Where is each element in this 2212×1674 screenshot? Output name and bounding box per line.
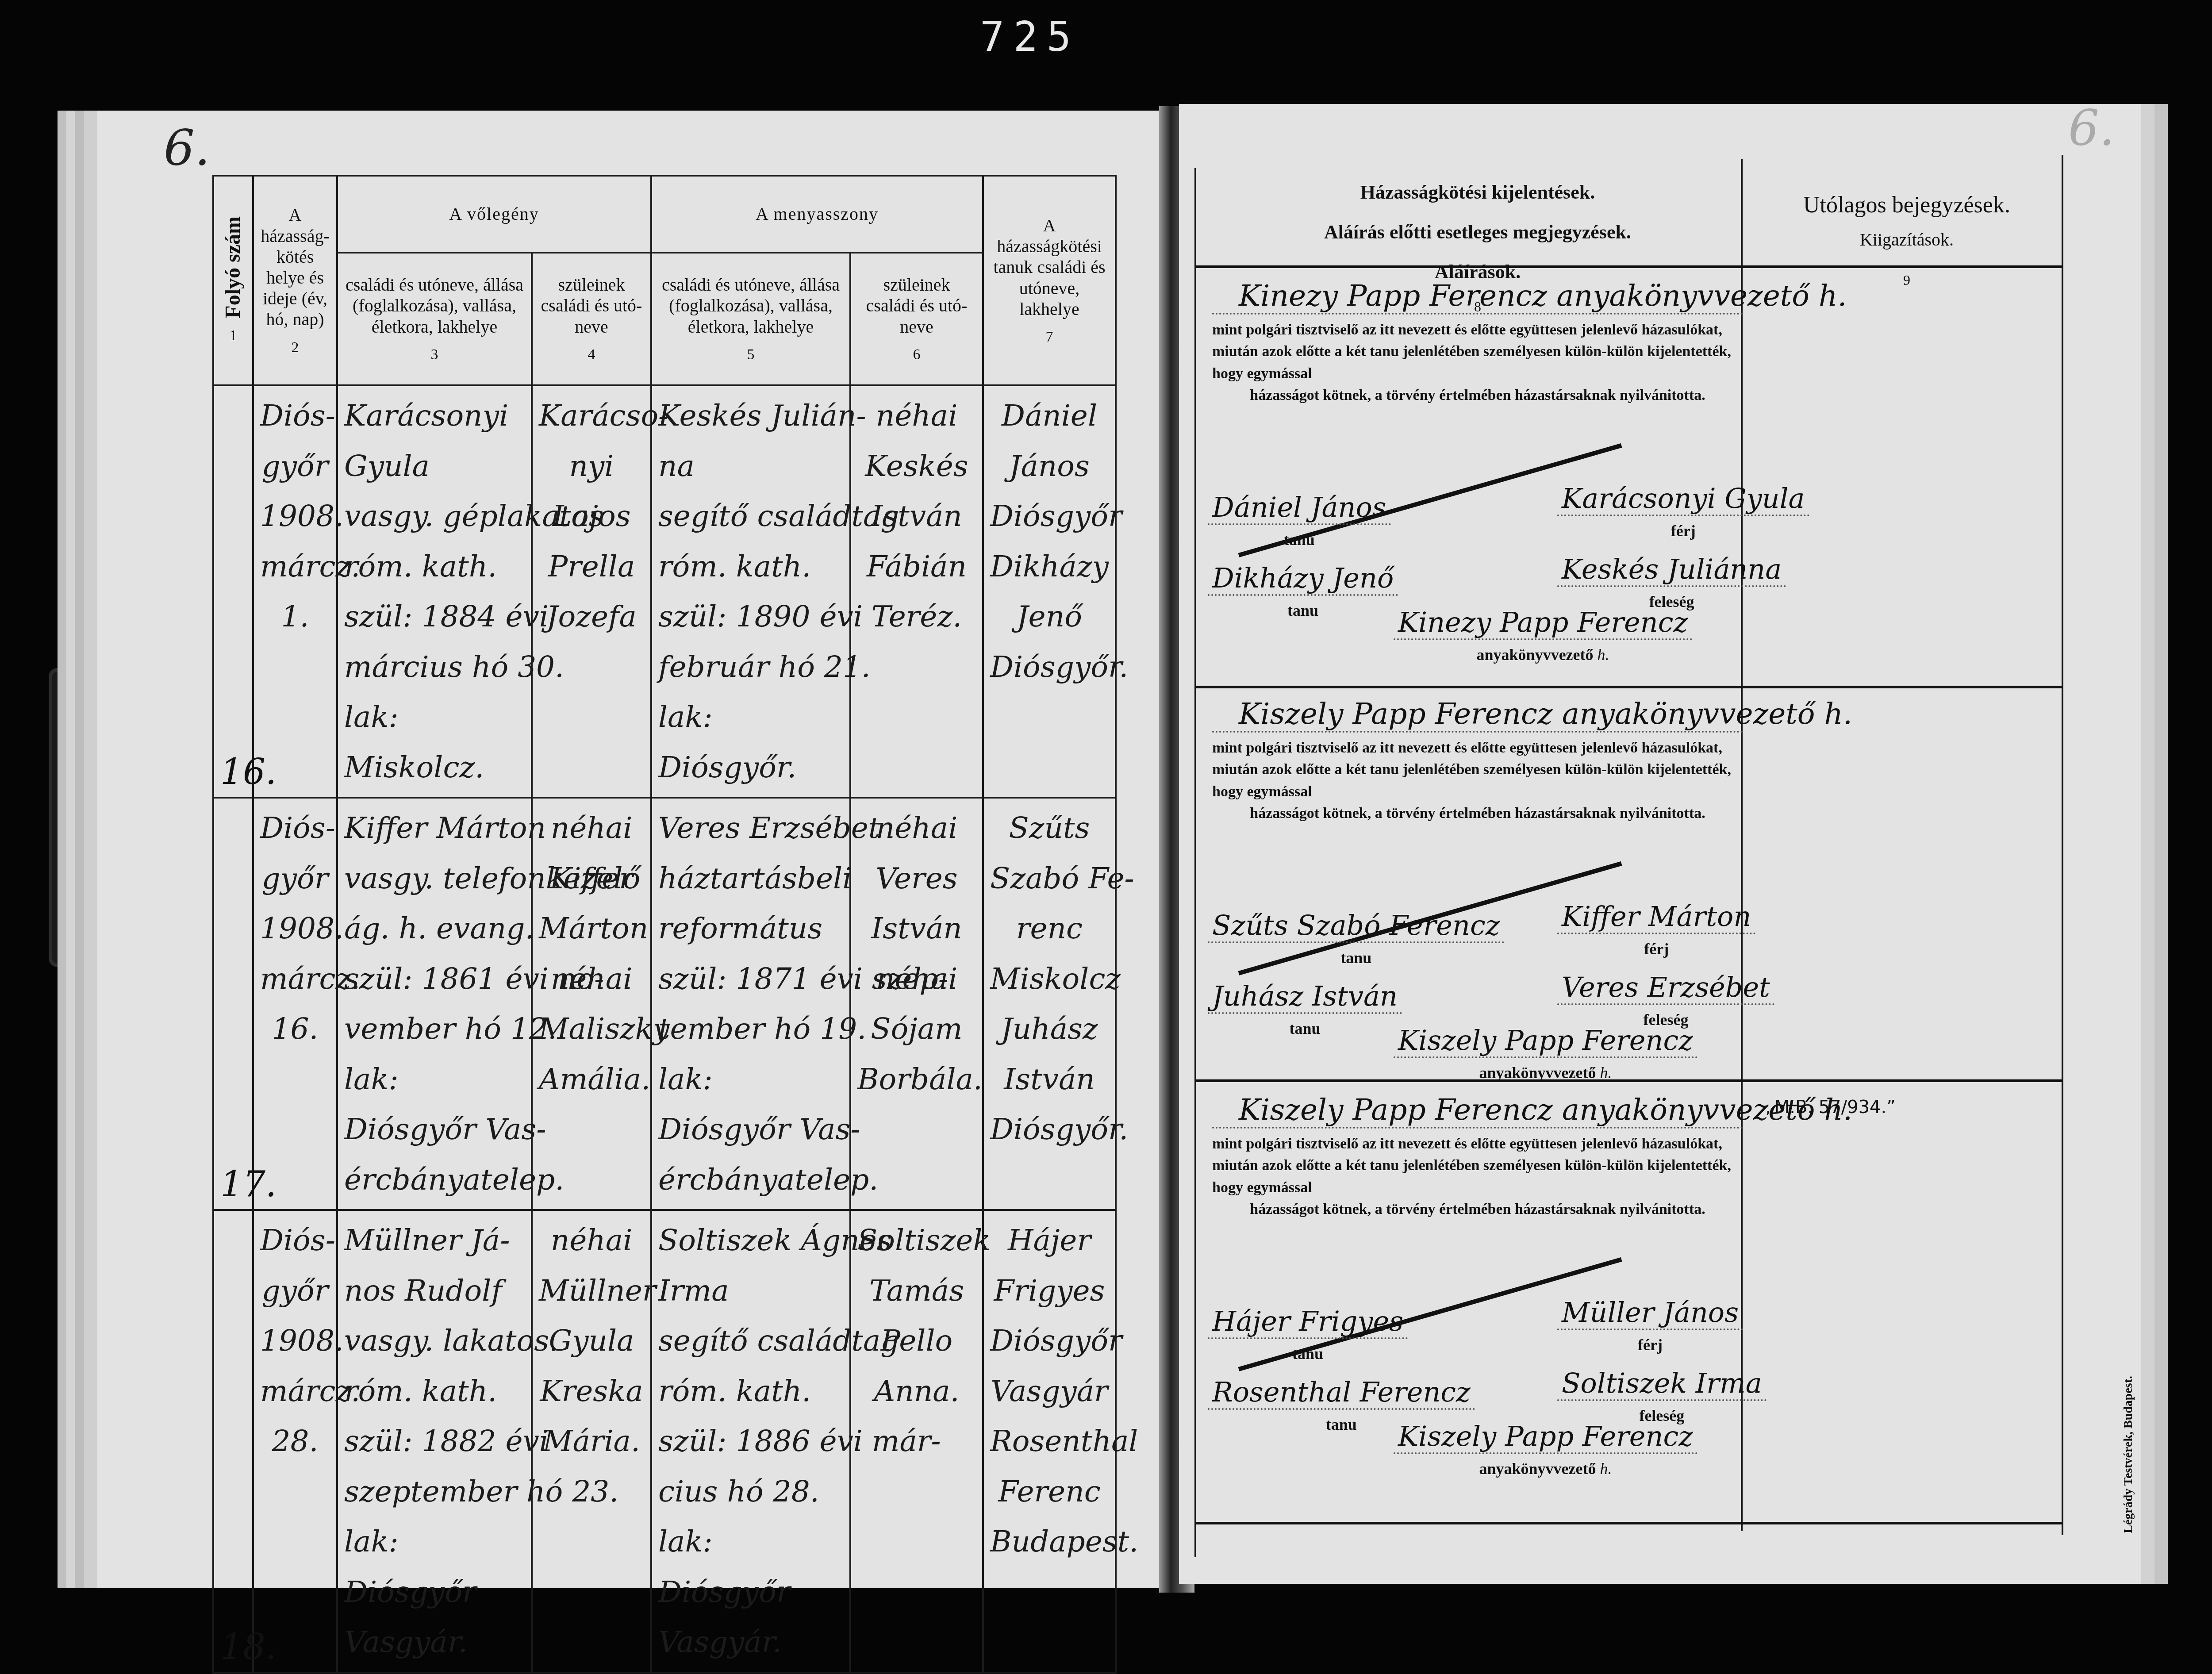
place-date-line: 28. — [260, 1416, 330, 1467]
groom-parents-line: Karácso- — [539, 391, 644, 441]
bride-details-line: segítő családtag — [658, 491, 843, 541]
groom-details-line: Diósgyőr — [344, 1567, 525, 1617]
witnesses-line: Dániel — [990, 391, 1109, 441]
witness-signature-2: Juhász István tanu — [1208, 980, 1402, 1038]
groom-parents-line: Jozefa — [539, 591, 644, 642]
bride-details: Soltiszek ÁgnesIrmasegítő családtagróm. … — [651, 1210, 850, 1673]
groom-parents-line: Gyula — [539, 1316, 644, 1366]
groom-details-line: Müllner Já- — [344, 1215, 525, 1266]
header-groom-parents: szüleinek családi és utó-neve4 — [532, 253, 651, 385]
witnesses-line: Diósgyőr. — [990, 1104, 1109, 1155]
witnesses-line: Miskolcz — [990, 954, 1109, 1004]
place-date-line: 1. — [260, 591, 330, 642]
witnesses-line: renc — [990, 903, 1109, 954]
header-serial-number: Folyó szám1 — [213, 176, 253, 385]
groom-details-line: szül: 1861 évi no- — [344, 954, 525, 1004]
groom-details-line: Gyula — [344, 441, 525, 491]
bride-parents-line: Sójam — [857, 1004, 976, 1054]
bride-details-line: cius hó 28. — [658, 1467, 843, 1517]
column-border — [2062, 155, 2063, 1535]
wife-signature: Soltiszek Irma feleség — [1557, 1367, 1767, 1425]
groom-details-line: vasgy. lakatos. — [344, 1316, 525, 1366]
groom-details-line: ércbányatelep. — [344, 1155, 525, 1205]
witnesses-line: Frigyes — [990, 1266, 1109, 1316]
groom-details-line: Kiffer Márton — [344, 803, 525, 853]
bride-details-line: lak: — [658, 692, 843, 742]
wife-signature: Keskés Juliánna feleség — [1557, 553, 1786, 611]
registrar-signature: Kiszely Papp Ferencz anyakönyvvezető h. — [1394, 1420, 1697, 1478]
bride-details-line: február hó 21. — [658, 642, 843, 692]
groom-details: Müllner Já-nos Rudolfvasgy. lakatos.róm.… — [337, 1210, 532, 1673]
bride-details-line: na — [658, 441, 843, 491]
place-date-line: Diós- — [260, 803, 330, 853]
groom-parents-line: Prella — [539, 541, 644, 592]
header-later-entries: Utólagos bejegyzések. Kiigazítások. 9 — [1747, 186, 2066, 292]
place-date-line: Diós- — [260, 391, 330, 441]
husband-signature: Müller János férj — [1557, 1296, 1743, 1354]
groom-parents-line: Lajos — [539, 491, 644, 541]
groom-details: KarácsonyiGyulavasgy. géplakatosróm. kat… — [337, 385, 532, 798]
bride-details-line: Vasgyár. — [658, 1617, 843, 1667]
groom-parents-line: Kiffer — [539, 853, 644, 904]
microfilm-frame-number: 725 — [980, 13, 1080, 61]
groom-parents: néhaiMüllnerGyulaKreskaMária. — [532, 1210, 651, 1673]
place-date-line: 1908. — [260, 1316, 330, 1366]
place-date-line: 1908. — [260, 903, 330, 954]
groom-parents-line: néhai — [539, 1215, 644, 1266]
witnesses-line: János — [990, 441, 1109, 491]
witnesses-line: Diósgyőr — [990, 491, 1109, 541]
groom-details-line: vember hó 12. — [344, 1004, 525, 1054]
bride-parents-line: Tamás — [857, 1266, 976, 1316]
groom-details-line: nos Rudolf — [344, 1266, 525, 1316]
groom-details-line: szül: 1884 évi — [344, 591, 525, 642]
bride-parents-line: Veres — [857, 853, 976, 904]
header-bride-details: családi és utóneve, állása (foglalkozása… — [651, 253, 850, 385]
bride-parents-line: István — [857, 491, 976, 541]
groom-parents-line: Márton — [539, 903, 644, 954]
entry-number: 17. — [220, 1163, 276, 1205]
register-entry: 17.Diós-győr1908.márcz.16.Kiffer Mártonv… — [213, 798, 1116, 1210]
bride-parents: néhaiKeskésIstvánFábiánTeréz. — [850, 385, 983, 798]
bride-details-line: szül: 1871 évi szep- — [658, 954, 843, 1004]
place-date: Diós-győr1908.márcz.1. — [253, 385, 337, 798]
place-date-line: győr — [260, 853, 330, 904]
place-date: Diós-győr1908.márcz.28. — [253, 1210, 337, 1673]
witnesses-line: István — [990, 1054, 1109, 1105]
bride-details-line: róm. kath. — [658, 541, 843, 592]
husband-signature: Kiffer Márton férj — [1557, 900, 1755, 958]
witnesses: HájerFrigyesDiósgyőrVasgyárRosenthalFere… — [983, 1210, 1116, 1673]
groom-details-line: róm. kath. — [344, 541, 525, 592]
bride-details: Veres Erzsébetháztartásbelireformátusszü… — [651, 798, 850, 1210]
groom-details-line: vasgy. telefonkezelő — [344, 853, 525, 904]
declaration-text: mint polgári tisztviselő az itt nevezett… — [1212, 319, 1743, 406]
groom-parents-line: nyi — [539, 441, 644, 491]
bride-parents-line: Teréz. — [857, 591, 976, 642]
entry-number: 18. — [220, 1626, 276, 1667]
groom-details-line: szül: 1882 évi — [344, 1416, 525, 1467]
groom-details-line: róm. kath. — [344, 1366, 525, 1417]
witnesses-line: Jenő — [990, 591, 1109, 642]
bride-details-line: Diósgyőr — [658, 1567, 843, 1617]
place-date-line: Diós- — [260, 1215, 330, 1266]
declaration-text: mint polgári tisztviselő az itt nevezett… — [1212, 1133, 1743, 1220]
groom-parents: Karácso-nyiLajosPrellaJozefa — [532, 385, 651, 798]
bride-parents-line: Fábián — [857, 541, 976, 592]
header-witnesses: A házasságkötési tanuk családi és utónev… — [983, 176, 1116, 385]
row-rule — [1194, 686, 2062, 688]
witness-signature-2: Dikházy Jenő tanu — [1208, 562, 1398, 620]
marriage-declaration: Kiszely Papp Ferencz anyakönyvvezető h. … — [1212, 1093, 1743, 1220]
bride-details-line: Diósgyőr Vas- — [658, 1104, 843, 1155]
bride-details-line: ércbányatelep. — [658, 1155, 843, 1205]
officer-signature: Kiszely Papp Ferencz anyakönyvvezető h. — [1212, 1093, 1743, 1129]
bride-details-line: segítő családtag — [658, 1316, 843, 1366]
bride-details-line: lak: — [658, 1517, 843, 1567]
place-date-line: 16. — [260, 1004, 330, 1054]
groom-details-line: március hó 30. — [344, 642, 525, 692]
place-date-line: márcz. — [260, 541, 330, 592]
bride-details-line: Veres Erzsébet — [658, 803, 843, 853]
bride-details-line: háztartásbeli — [658, 853, 843, 904]
header-place-date: A házasság-kötés helye és ideje (év, hó,… — [253, 176, 337, 385]
bride-parents-line: Soltiszek — [857, 1215, 976, 1266]
bride-details-line: szül: 1890 évi — [658, 591, 843, 642]
bride-details-line: tember hó 19. — [658, 1004, 843, 1054]
bride-parents-line: Borbála. — [857, 1054, 976, 1105]
declaration-text: mint polgári tisztviselő az itt nevezett… — [1212, 737, 1743, 824]
bride-details-line: Irma — [658, 1266, 843, 1316]
entry-number-cell: 16. — [213, 385, 253, 798]
later-entry-note: „M.B. 57/934.” — [1765, 1097, 1896, 1117]
groom-parents-line: Kreska — [539, 1366, 644, 1417]
witness-signature-1: Hájer Frigyes tanu — [1208, 1305, 1408, 1363]
header-bride: A menyasszony — [651, 176, 983, 253]
entry-number-cell: 17. — [213, 798, 253, 1210]
officer-signature: Kiszely Papp Ferencz anyakönyvvezető h. — [1212, 697, 1743, 733]
witnesses-line: Szabó Fe- — [990, 853, 1109, 904]
groom-details-line: lak: — [344, 692, 525, 742]
witnesses-line: Hájer — [990, 1215, 1109, 1266]
witnesses: SzűtsSzabó Fe-rencMiskolczJuhászIstvánDi… — [983, 798, 1116, 1210]
groom-parents-line: Maliszky — [539, 1004, 644, 1054]
groom-parents-line: néhai — [539, 954, 644, 1004]
witnesses-line: Budapest. — [990, 1517, 1109, 1567]
row-rule — [1194, 1522, 2062, 1524]
witness-signature-1: Dániel János tanu — [1208, 491, 1391, 549]
groom-details-line: Vasgyár. — [344, 1617, 525, 1667]
bride-parents-line: néhai — [857, 391, 976, 441]
place-date: Diós-győr1908.márcz.16. — [253, 798, 337, 1210]
witnesses: DánielJánosDiósgyőrDikházyJenőDiósgyőr. — [983, 385, 1116, 798]
left-page-number: 6. — [164, 119, 210, 176]
entry-number-cell: 18. — [213, 1210, 253, 1673]
entry-number: 16. — [220, 751, 276, 792]
right-page-number: 6. — [2068, 100, 2115, 156]
marriage-declaration: Kinezy Papp Ferencz anyakönyvvezető h. m… — [1212, 279, 1743, 406]
officer-signature: Kinezy Papp Ferencz anyakönyvvezető h. — [1212, 279, 1743, 315]
header-bride-parents: szüleinek családi és utó-neve6 — [850, 253, 983, 385]
witnesses-line: Rosenthal — [990, 1416, 1109, 1467]
registrar-signature: Kiszely Papp Ferencz anyakönyvvezető h. — [1394, 1024, 1697, 1082]
groom-details-line: vasgy. géplakatos — [344, 491, 525, 541]
groom-details-line: lak: — [344, 1517, 525, 1567]
groom-parents-line: Mária. — [539, 1416, 644, 1467]
witnesses-line: Juhász — [990, 1004, 1109, 1054]
groom-details-line: Miskolcz. — [344, 742, 525, 793]
place-date-line: márcz. — [260, 954, 330, 1004]
groom-parents-line: Amália. — [539, 1054, 644, 1105]
registrar-signature: Kinezy Papp Ferencz anyakönyvvezető h. — [1394, 606, 1692, 664]
witnesses-line: Ferenc — [990, 1467, 1109, 1517]
header-rule — [1194, 265, 2062, 268]
groom-details-line: ág. h. evang. — [344, 903, 525, 954]
witnesses-line: Szűts — [990, 803, 1109, 853]
column-border — [1194, 168, 1196, 1557]
groom-details-line: Karácsonyi — [344, 391, 525, 441]
bride-parents-line: Keskés — [857, 441, 976, 491]
printer-credit: Légrády Testvérek, Budapest. — [2121, 1376, 2135, 1533]
bride-parents-line: Anna. — [857, 1366, 976, 1417]
witness-signature-1: Szűts Szabó Ferencz tanu — [1208, 909, 1504, 967]
bride-parents: néhaiVeresIstvánnéhaiSójamBorbála. — [850, 798, 983, 1210]
witnesses-line: Diósgyőr. — [990, 642, 1109, 692]
header-groom-details: családi és utóneve, állása (foglalkozása… — [337, 253, 532, 385]
groom-parents-line: Müllner — [539, 1266, 644, 1316]
witnesses-line: Vasgyár — [990, 1366, 1109, 1417]
bride-details-line: református — [658, 903, 843, 954]
place-date-line: márcz. — [260, 1366, 330, 1417]
bride-details-line: Soltiszek Ágnes — [658, 1215, 843, 1266]
marriage-declaration: Kiszely Papp Ferencz anyakönyvvezető h. … — [1212, 697, 1743, 824]
place-date-line: 1908. — [260, 491, 330, 541]
bride-details-line: róm. kath. — [658, 1366, 843, 1417]
witnesses-line: Dikházy — [990, 541, 1109, 592]
place-date-line: győr — [260, 1266, 330, 1316]
register-entry: 18.Diós-győr1908.márcz.28.Müllner Já-nos… — [213, 1210, 1116, 1673]
bride-details-line: Keskés Julián- — [658, 391, 843, 441]
bride-details: Keskés Julián-nasegítő családtagróm. kat… — [651, 385, 850, 798]
groom-details-line: szeptember hó 23. — [344, 1467, 525, 1517]
groom-details-line: lak: — [344, 1054, 525, 1105]
groom-parents: néhaiKifferMártonnéhaiMaliszkyAmália. — [532, 798, 651, 1210]
register-entry: 16.Diós-győr1908.márcz.1.KarácsonyiGyula… — [213, 385, 1116, 798]
bride-parents-line: István — [857, 903, 976, 954]
bride-details-line: Diósgyőr. — [658, 742, 843, 793]
groom-details-line: Diósgyőr Vas- — [344, 1104, 525, 1155]
bride-details-line: szül: 1886 évi már- — [658, 1416, 843, 1467]
marriage-register-table: Folyó szám1 A házasság-kötés helye és id… — [212, 175, 1117, 1674]
header-groom: A vőlegény — [337, 176, 651, 253]
witnesses-line: Diósgyőr — [990, 1316, 1109, 1366]
place-date-line: győr — [260, 441, 330, 491]
groom-parents-line: néhai — [539, 803, 644, 853]
wife-signature: Veres Erzsébet feleség — [1557, 971, 1774, 1029]
bride-details-line: lak: — [658, 1054, 843, 1105]
groom-details: Kiffer Mártonvasgy. telefonkezelőág. h. … — [337, 798, 532, 1210]
husband-signature: Karácsonyi Gyula férj — [1557, 482, 1809, 540]
